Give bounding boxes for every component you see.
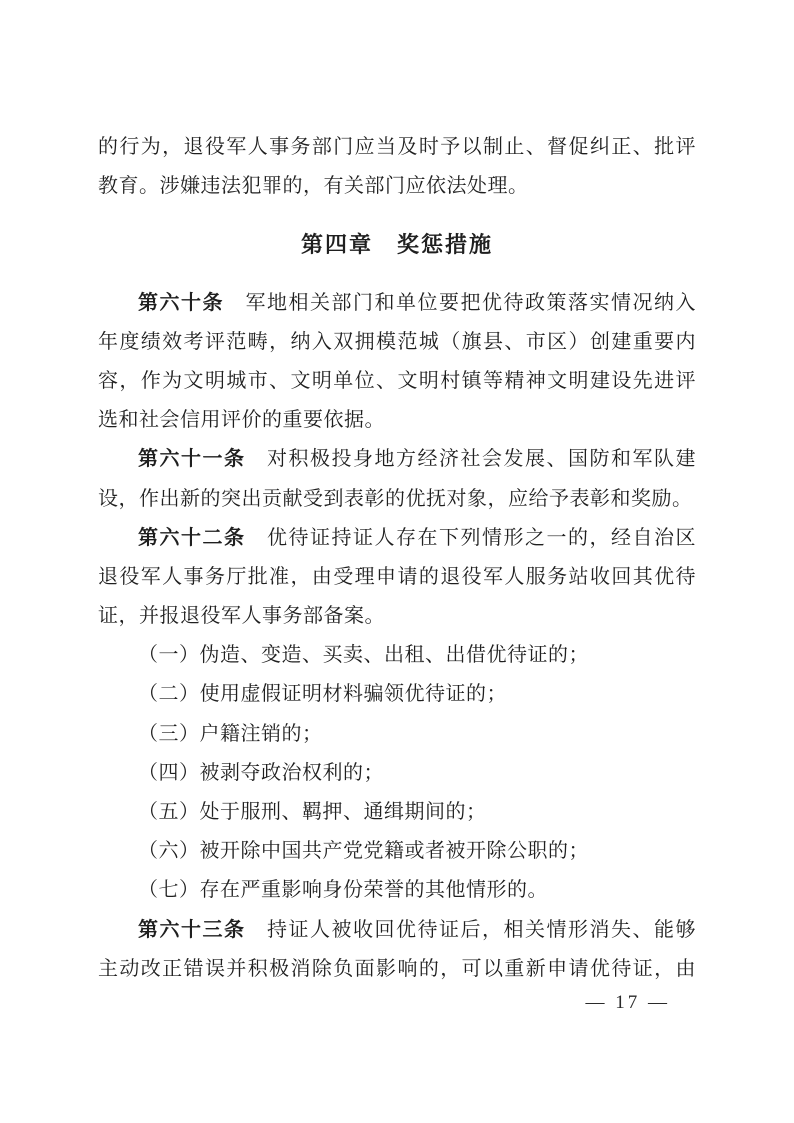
article-63-line-2: 主动改正错误并积极消除负面影响的，可以重新申请优待证，由 xyxy=(98,950,696,989)
article-61-text-1: 对积极投身地方经济社会发展、国防和军队建 xyxy=(246,448,697,470)
article-61-label: 第六十一条 xyxy=(138,448,246,470)
page-content: 的行为，退役军人事务部门应当及时予以制止、督促纠正、批评 教育。涉嫌违法犯罪的，… xyxy=(98,128,696,989)
article-62-item-2: （二）使用虚假证明材料骗领优待证的； xyxy=(98,675,696,714)
article-62-item-1: （一）伪造、变造、买卖、出租、出借优待证的； xyxy=(98,636,696,675)
article-63-line-1: 第六十三条 持证人被收回优待证后，相关情形消失、能够 xyxy=(98,911,696,950)
article-60-text-1: 军地相关部门和单位要把优待政策落实情况纳入 xyxy=(224,292,696,314)
article-62-item-6: （六）被开除中国共产党党籍或者被开除公职的； xyxy=(98,832,696,871)
article-62-item-3: （三）户籍注销的； xyxy=(98,715,696,754)
article-62-item-4: （四）被剥夺政治权利的； xyxy=(98,754,696,793)
article-60-line-1: 第六十条 军地相关部门和单位要把优待政策落实情况纳入 xyxy=(98,284,696,323)
chapter-heading: 第四章 奖惩措施 xyxy=(98,225,696,264)
article-61-line-2: 设，作出新的突出贡献受到表彰的优抚对象，应给予表彰和奖励。 xyxy=(98,480,696,519)
article-63-text-1: 持证人被收回优待证后，相关情形消失、能够 xyxy=(246,919,697,941)
article-63-label: 第六十三条 xyxy=(138,919,246,941)
article-62-label: 第六十二条 xyxy=(138,527,246,549)
article-60-line-2: 年度绩效考评范畴，纳入双拥模范城（旗县、市区）创建重要内 xyxy=(98,323,696,362)
intro-line-1: 的行为，退役军人事务部门应当及时予以制止、督促纠正、批评 xyxy=(98,128,696,167)
intro-line-2: 教育。涉嫌违法犯罪的，有关部门应依法处理。 xyxy=(98,167,696,206)
article-62-item-5: （五）处于服刑、羁押、通缉期间的； xyxy=(98,793,696,832)
article-62-text-1: 优待证持证人存在下列情形之一的，经自治区 xyxy=(246,527,697,549)
article-62-line-3: 证，并报退役军人事务部备案。 xyxy=(98,597,696,636)
article-61-line-1: 第六十一条 对积极投身地方经济社会发展、国防和军队建 xyxy=(98,440,696,479)
article-62-line-1: 第六十二条 优待证持证人存在下列情形之一的，经自治区 xyxy=(98,519,696,558)
page-number: — 17 — xyxy=(0,992,794,1014)
article-60-line-3: 容，作为文明城市、文明单位、文明村镇等精神文明建设先进评 xyxy=(98,362,696,401)
article-60-label: 第六十条 xyxy=(138,292,224,314)
article-62-item-7: （七）存在严重影响身份荣誉的其他情形的。 xyxy=(98,871,696,910)
article-62-line-2: 退役军人事务厅批准，由受理申请的退役军人服务站收回其优待 xyxy=(98,558,696,597)
document-page: 的行为，退役军人事务部门应当及时予以制止、督促纠正、批评 教育。涉嫌违法犯罪的，… xyxy=(0,0,794,1123)
article-60-line-4: 选和社会信用评价的重要依据。 xyxy=(98,401,696,440)
